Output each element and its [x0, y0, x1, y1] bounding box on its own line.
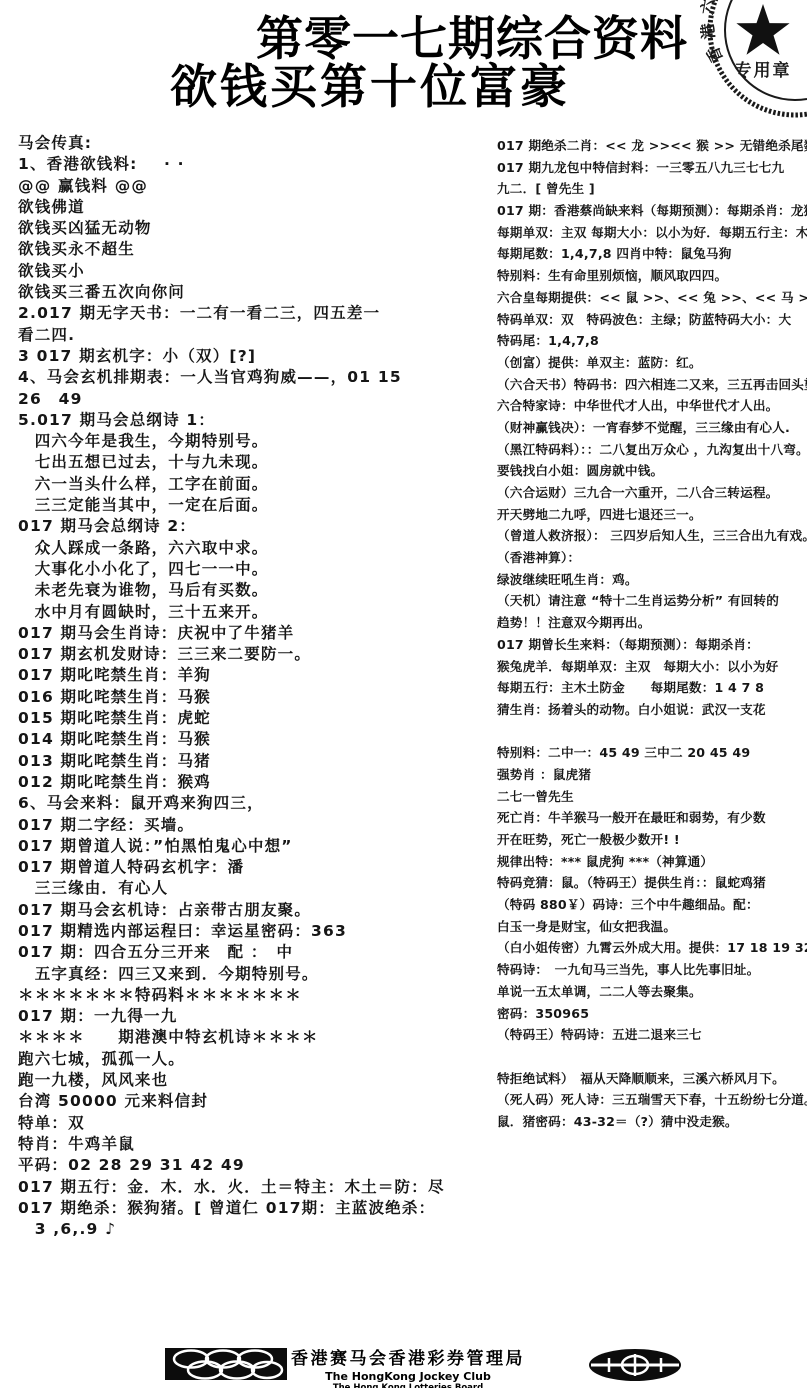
text-line: 017 期马会总纲诗 2： — [18, 516, 496, 537]
page-subtitle: 欲钱买第十位富豪 — [170, 50, 570, 117]
footer-organization: 香港赛马会香港彩券管理局 The HongKong Jockey Club Th… — [278, 1344, 538, 1388]
text-line: 九二．[ 曾先生 ] — [497, 178, 807, 200]
text-line: @@ 赢钱料 @@ — [18, 176, 496, 197]
lottery-seal-stamp: 香港六合彩送 专用章 — [700, 0, 807, 145]
text-line: 跑六七城，孤孤一人。 — [18, 1049, 496, 1070]
text-line: 白玉一身是财宝，仙女把我温。 — [497, 916, 807, 938]
text-line: 六合特家诗：中华世代才人出，中华世代才人出。 — [497, 395, 807, 417]
text-line: 每期尾数：1,4,7,8 四肖中特：鼠兔马狗 — [497, 243, 807, 265]
text-line: （财神赢钱决）：一宵春梦不觉醒，三三缘由有心人. — [497, 417, 807, 439]
text-line: 密码：350965 — [497, 1003, 807, 1025]
text-line: 017 期玄机发财诗：三三来二要防一。 — [18, 644, 496, 665]
text-line: 013 期叱咤禁生肖：马猪 — [18, 751, 496, 772]
text-line: 017 期曾道人说：”怕黑怕鬼心中想” — [18, 836, 496, 857]
text-line: 015 期叱咤禁生肖：虎蛇 — [18, 708, 496, 729]
text-line: 3 ,6,.9 ♪ — [18, 1219, 496, 1240]
text-line: 开在旺势，死亡一般极少数开! ! — [497, 829, 807, 851]
text-line — [497, 1046, 807, 1068]
text-line — [497, 721, 807, 743]
jockey-club-rings-logo — [165, 1346, 287, 1382]
text-line: 七出五想已过去，十与九未现。 — [18, 452, 496, 473]
text-line: 1、香港欲钱料: · · — [18, 154, 496, 175]
text-line: 017 期五行：金．木．水．火．土＝特主：木土＝防：尽 — [18, 1177, 496, 1198]
text-line: 012 期叱咤禁生肖：猴鸡 — [18, 772, 496, 793]
text-line: 017 期：一九得一九 — [18, 1006, 496, 1027]
text-line: 三三定能当其中，一定在后面。 — [18, 495, 496, 516]
text-line: 台湾 50000 元来料信封 — [18, 1091, 496, 1112]
text-line: 特码诗： 一九旬马三当先，事人比先事旧址。 — [497, 959, 807, 981]
text-line: 2.017 期无字天书：一二有一看二三，四五差一 — [18, 303, 496, 324]
text-line: （白小姐传密）九霄云外成大用。提供：17 18 19 32 — [497, 937, 807, 959]
text-line: 未老先衰为谁物，马后有买数。 — [18, 580, 496, 601]
text-line: 六合皇每期提供：<< 鼠 >>、<< 兔 >>、<< 马 >> — [497, 287, 807, 309]
text-line: 017 期精选内部运程曰：幸运星密码：363 — [18, 921, 496, 942]
text-line: 6、马会来料：鼠开鸡来狗四三， — [18, 793, 496, 814]
text-line: 特码竞猜：鼠。（特码王）提供生肖：：鼠蛇鸡猪 — [497, 872, 807, 894]
text-line: 特拒绝试料） 福从天降顺顺来，三溪六桥风月下。 — [497, 1068, 807, 1090]
text-line: 014 期叱咤禁生肖：马猴 — [18, 729, 496, 750]
text-line: 5.017 期马会总纲诗 1： — [18, 410, 496, 431]
text-line: 欲钱买永不超生 — [18, 239, 496, 260]
text-line: （死人码）死人诗：三五瑞雪天下春，十五纷纷七分道。 — [497, 1089, 807, 1111]
text-line: 单说一五太单调，二二人等去聚集。 — [497, 981, 807, 1003]
text-line: 马会传真: — [18, 133, 496, 154]
fax-sheet-page: 第零一七期综合资料 欲钱买第十位富豪 香港六合彩送 专用章 马会传真:1、香港欲… — [0, 0, 807, 1388]
text-line: 017 期叱咤禁生肖：羊狗 — [18, 665, 496, 686]
text-line: 欲钱买小 — [18, 261, 496, 282]
lotteries-board-oval-logo — [585, 1346, 685, 1384]
footer-org-english: The HongKong Jockey Club — [278, 1370, 538, 1383]
text-line: 猴兔虎羊．每期单双：主双 每期大小：以小为好 — [497, 656, 807, 678]
text-line: 欲钱买三番五次向你问 — [18, 282, 496, 303]
text-line: （香港神算）： — [497, 547, 807, 569]
text-line: 017 期曾长生来料：（每期预测）：每期杀肖： — [497, 634, 807, 656]
text-line: 众人踩成一条路，六六取中求。 — [18, 538, 496, 559]
text-line: 鼠．猪密码：43-32＝（?）猜中没走猴。 — [497, 1111, 807, 1133]
text-line: 开天劈地二九呼，四进七退还三一。 — [497, 504, 807, 526]
text-line: 017 期二字经：买墙。 — [18, 815, 496, 836]
text-line: （特码 880￥）码诗：三个中牛趣细品。配： — [497, 894, 807, 916]
text-line: 017 期：四合五分三开来 配 ： 中 — [18, 942, 496, 963]
text-line: 规律出特：*** 鼠虎狗 ***（神算通） — [497, 851, 807, 873]
text-line: 大事化小小化了，四七一一中。 — [18, 559, 496, 580]
text-line: ＊＊＊＊ 期港澳中特玄机诗＊＊＊＊ — [18, 1027, 496, 1048]
text-line: 017 期：香港蔡尚缺来料（每期预测）：每期杀肖：龙猴 — [497, 200, 807, 222]
text-line: 跑一九楼，风风来也 — [18, 1070, 496, 1091]
text-line: 016 期叱咤禁生肖：马猴 — [18, 687, 496, 708]
left-column: 马会传真:1、香港欲钱料: · ·@@ 赢钱料 @@欲钱佛道欲钱买凶猛无动物欲钱… — [18, 133, 496, 1240]
text-line: 特单：双 — [18, 1113, 496, 1134]
text-line: 每期五行：主木土防金 每期尾数：1 4 7 8 — [497, 677, 807, 699]
text-line: （六合天书）特码书：四六相连二又来，三五再击回头望. — [497, 374, 807, 396]
text-line: （黑江特码料）：：二八复出万众心 ，九沟复出十八弯。 — [497, 439, 807, 461]
text-line: 四六今年是我生，今期特别号。 — [18, 431, 496, 452]
text-line: 五字真经：四三又来到．今期特别号。 — [18, 964, 496, 985]
text-line: 017 期绝杀二肖：<< 龙 >><< 猴 >> 无错绝杀尾数 3，6 — [497, 135, 807, 157]
stamp-label: 专用章 — [735, 60, 792, 81]
footer-org-chinese: 香港赛马会香港彩券管理局 — [278, 1344, 538, 1369]
right-column: 017 期绝杀二肖：<< 龙 >><< 猴 >> 无错绝杀尾数 3，6017 期… — [497, 135, 807, 1133]
text-line: 017 期九龙包中特信封料：一三零五八九三七七九 — [497, 157, 807, 179]
text-line: 欲钱买凶猛无动物 — [18, 218, 496, 239]
text-line: （曾道人救济报）： 三四岁后知人生，三三合出九有戏。 — [497, 525, 807, 547]
text-line: 绿波继续旺吼生肖：鸡。 — [497, 569, 807, 591]
text-line: 017 期绝杀：猴狗猪。[ 曾道仁 017期：主蓝波绝杀： — [18, 1198, 496, 1219]
text-line: 趋势！！注意双今期再出。 — [497, 612, 807, 634]
text-line: 26 49 — [18, 389, 496, 410]
text-line: 017 期曾道人特码玄机字：潘 — [18, 857, 496, 878]
footer-org-english-sub: The Hong Kong Lotteries Board — [278, 1383, 538, 1388]
text-line: 三三缘由．有心人 — [18, 878, 496, 899]
text-line: 特码尾：1,4,7,8 — [497, 330, 807, 352]
text-line: （天机）请注意 “特十二生肖运势分析” 有回转的 — [497, 590, 807, 612]
text-line: 特码单双：双 特码波色：主绿；防蓝特码大小：大 — [497, 309, 807, 331]
text-line: 六一当头什么样，工字在前面。 — [18, 474, 496, 495]
text-line: （特码王）特码诗：五进二退来三七 — [497, 1024, 807, 1046]
text-line: 欲钱佛道 — [18, 197, 496, 218]
text-line: 死亡肖：牛羊猴马一般开在最旺和弱势，有少数 — [497, 807, 807, 829]
text-line: 017 期马会玄机诗：占亲带古朋友聚。 — [18, 900, 496, 921]
text-line: 特别料：生有命里别烦恼，顺风取四四。 — [497, 265, 807, 287]
text-line: 特别料：二中一：45 49 三中二 20 45 49 — [497, 742, 807, 764]
text-line: 017 期马会生肖诗：庆祝中了牛猪羊 — [18, 623, 496, 644]
text-line: 水中月有圆缺时，三十五来开。 — [18, 602, 496, 623]
text-line: 特肖：牛鸡羊鼠 — [18, 1134, 496, 1155]
text-line: 每期单双：主双 每期大小：以小为好．每期五行主：木 — [497, 222, 807, 244]
text-line: （六合运财）三九合一六重开，二八合三转运程。 — [497, 482, 807, 504]
text-line: 3 017 期玄机字：小（双）[?] — [18, 346, 496, 367]
text-line: 二七一曾先生 — [497, 786, 807, 808]
text-line: 猜生肖：扬着头的动物。白小姐说：武汉一支花 — [497, 699, 807, 721]
text-line: 强势肖 ：鼠虎猪 — [497, 764, 807, 786]
text-line: 4、马会玄机排期表：一人当官鸡狗威——，01 15 — [18, 367, 496, 388]
text-line: 要钱找白小姐：圆房就中钱。 — [497, 460, 807, 482]
text-line: 看二四. — [18, 325, 496, 346]
text-line: （创富）提供：单双主：蓝防：红。 — [497, 352, 807, 374]
text-line: 平码：02 28 29 31 42 49 — [18, 1155, 496, 1176]
star-icon — [736, 4, 789, 55]
text-line: ＊＊＊＊＊＊＊特码料＊＊＊＊＊＊＊ — [18, 985, 496, 1006]
